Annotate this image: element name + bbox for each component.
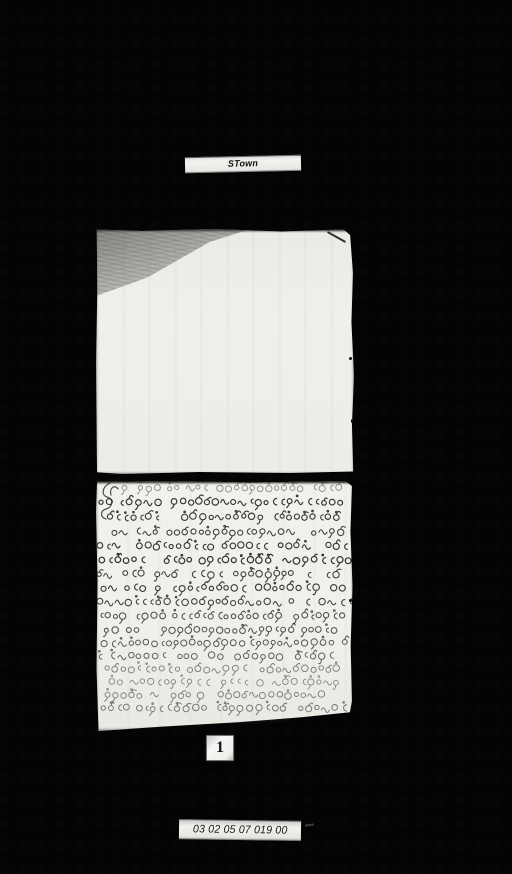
edge-speck bbox=[349, 599, 352, 602]
page-number-label: 1 bbox=[206, 735, 234, 761]
manuscript-page bbox=[96, 481, 353, 731]
shelfmark-text: STown bbox=[228, 159, 258, 169]
catalog-side-mark bbox=[305, 823, 314, 826]
page-number-text: 1 bbox=[216, 740, 224, 756]
handwriting-svg bbox=[96, 481, 353, 731]
corner-crease bbox=[327, 231, 346, 243]
corner-smudge bbox=[96, 229, 354, 322]
top-page bbox=[96, 229, 354, 474]
edge-speck bbox=[349, 357, 352, 360]
catalog-number-text: 03 02 05 07 019 00 bbox=[193, 824, 288, 836]
shelfmark-label: STown bbox=[185, 155, 301, 173]
photo-background: STown 1 03 02 05 07 019 00 bbox=[0, 0, 512, 874]
edge-speck bbox=[351, 419, 353, 423]
catalog-number-label: 03 02 05 07 019 00 bbox=[179, 819, 301, 841]
